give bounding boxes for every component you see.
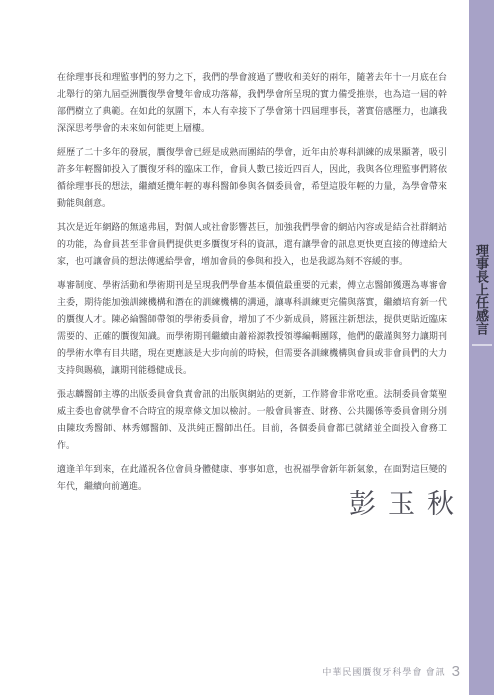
paragraph-5: 張志麟醫師主導的出版委員會負責會訊的出版與網站的更新，工作將會非常吃重。法制委員… — [57, 386, 447, 454]
paragraph-3: 其次是近年網路的無遠弗屆，對個人或社會影響甚巨，加強我們學會的網站內容或是結合社… — [57, 219, 447, 270]
paragraph-1: 在徐理事長和理監事們的努力之下，我們的學會渡過了豐收和美好的兩年，隨著去年十一月… — [57, 69, 447, 137]
section-title-vertical: 理事長上任感言 — [475, 244, 488, 335]
side-band: 理事長上任感言 — [469, 0, 494, 695]
footer-journal-title: 中華民國贋復牙科學會 會訊 — [322, 664, 445, 680]
paragraph-2: 經歷了二十多年的發展，贋復學會已經是成熟而團結的學會，近年由於專科訓練的成果顯著… — [57, 144, 447, 212]
page-number: 3 — [452, 664, 460, 680]
signature: 彭玉秋 — [349, 482, 466, 521]
page-footer: 中華民國贋復牙科學會 會訊 3 — [322, 664, 460, 680]
article-body: 在徐理事長和理監事們的努力之下，我們的學會渡過了豐收和美好的兩年，隨著去年十一月… — [57, 69, 447, 495]
document-page: 理事長上任感言 在徐理事長和理監事們的努力之下，我們的學會渡過了豐收和美好的兩年… — [0, 0, 494, 700]
paragraph-4: 專審制度、學術活動和學術期刊是呈現我們學會基本價值最重要的元素，傅立志醫師獲選為… — [57, 277, 447, 379]
side-divider — [472, 344, 492, 346]
